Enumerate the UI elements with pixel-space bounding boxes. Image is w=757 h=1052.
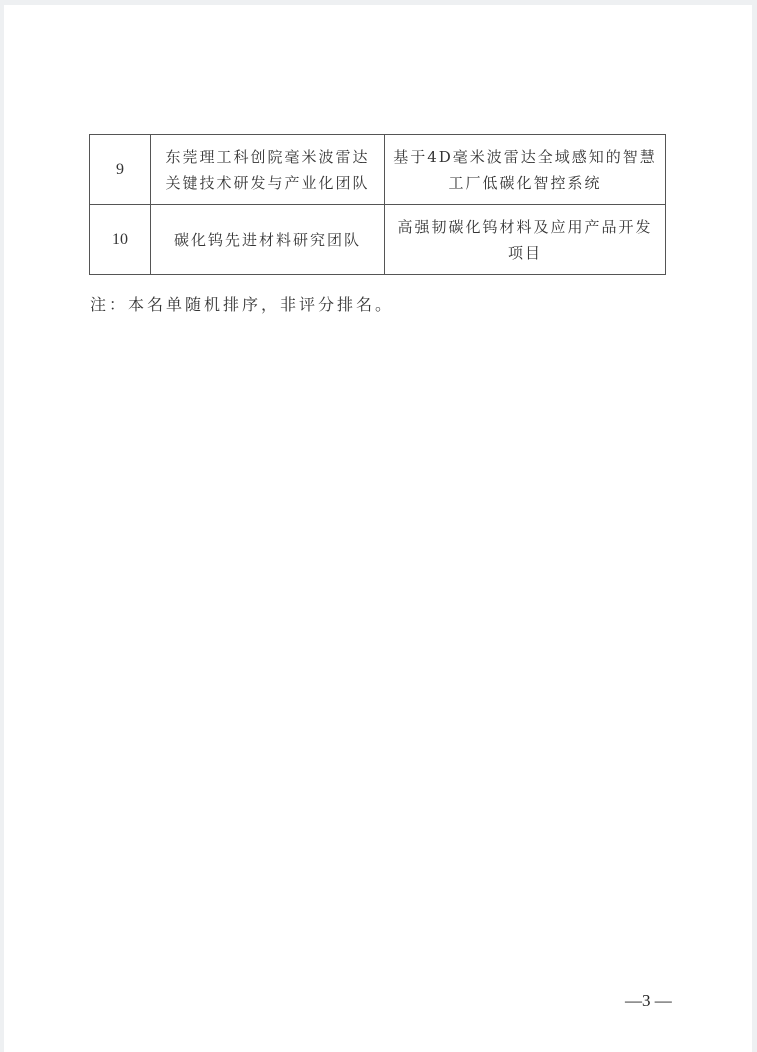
row-number: 10 (90, 205, 151, 275)
team-name-line: 碳化钨先进材料研究团队 (157, 227, 378, 253)
footnote: 注：本名单随机排序，非评分排名。 (90, 292, 394, 315)
team-name-line: 东莞理工科创院毫米波雷达 (157, 144, 378, 170)
team-name: 东莞理工科创院毫米波雷达 关键技术研发与产业化团队 (151, 135, 385, 205)
project-name: 基于4D毫米波雷达全域感知的智慧 工厂低碳化智控系统 (385, 135, 666, 205)
document-page: 9 东莞理工科创院毫米波雷达 关键技术研发与产业化团队 基于4D毫米波雷达全域感… (4, 5, 752, 1052)
team-name-line: 关键技术研发与产业化团队 (157, 170, 378, 196)
award-table: 9 东莞理工科创院毫米波雷达 关键技术研发与产业化团队 基于4D毫米波雷达全域感… (89, 134, 666, 275)
table-row: 10 碳化钨先进材料研究团队 高强韧碳化钨材料及应用产品开发 项目 (90, 205, 666, 275)
page-number: —3 — (625, 991, 672, 1011)
team-name: 碳化钨先进材料研究团队 (151, 205, 385, 275)
project-name-line: 工厂低碳化智控系统 (391, 170, 659, 196)
table-row: 9 东莞理工科创院毫米波雷达 关键技术研发与产业化团队 基于4D毫米波雷达全域感… (90, 135, 666, 205)
project-name-line: 基于4D毫米波雷达全域感知的智慧 (391, 144, 659, 170)
row-number: 9 (90, 135, 151, 205)
project-name-line: 高强韧碳化钨材料及应用产品开发 (391, 214, 659, 240)
project-name-line: 项目 (391, 240, 659, 266)
project-name: 高强韧碳化钨材料及应用产品开发 项目 (385, 205, 666, 275)
